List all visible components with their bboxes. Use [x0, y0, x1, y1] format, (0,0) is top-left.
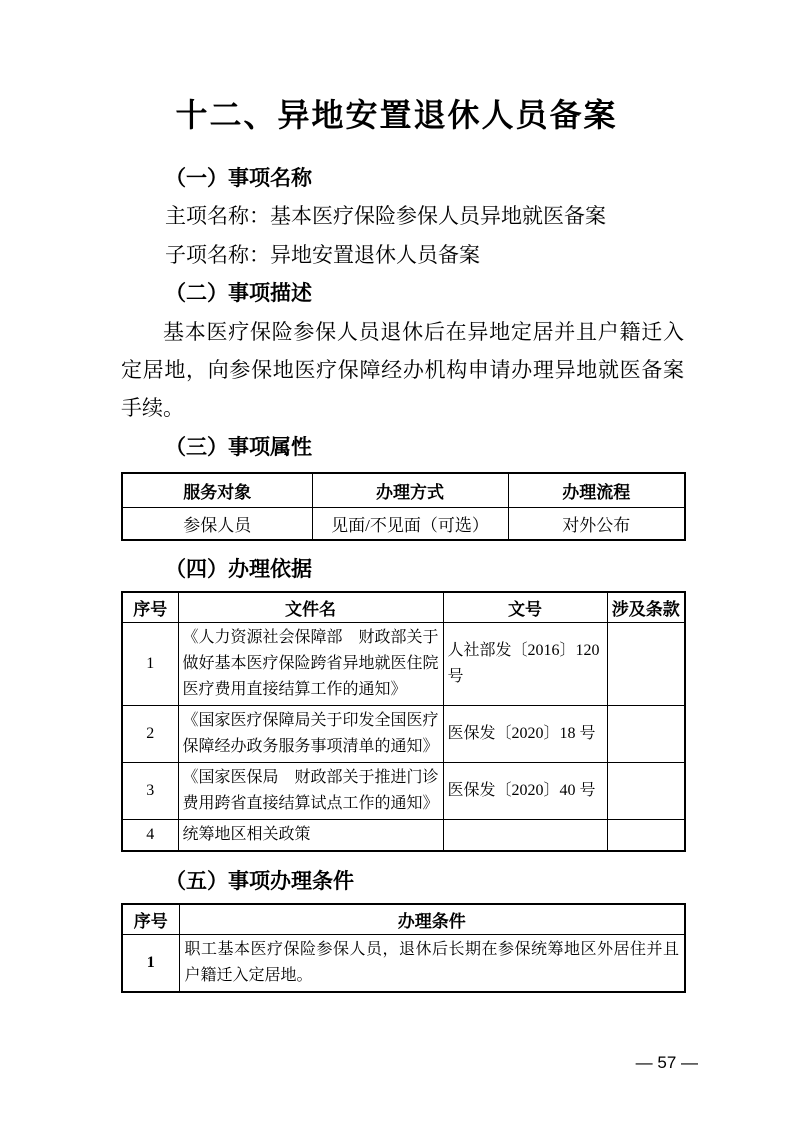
header-condition: 办理条件: [179, 904, 685, 935]
cell-document-name: 统筹地区相关政策: [178, 820, 443, 852]
legal-basis-table: 序号 文件名 文号 涉及条款 1 《人力资源社会保障部 财政部关于做好基本医疗保…: [121, 591, 686, 853]
table-header-row: 序号 文件名 文号 涉及条款: [122, 592, 685, 623]
cell-related-clauses: [607, 820, 685, 852]
main-item-name-line: 主项名称：基本医疗保险参保人员异地就医备案: [121, 197, 684, 235]
item-description-paragraph: 基本医疗保险参保人员退休后在异地定居并且户籍迁入定居地，向参保地医疗保障经办机构…: [121, 313, 684, 428]
section-heading-item-name: （一）事项名称: [121, 159, 684, 197]
table-row: 3 《国家医保局 财政部关于推进门诊费用跨省直接结算试点工作的通知》 医保发〔2…: [122, 763, 685, 820]
cell-document-number: 医保发〔2020〕18 号: [443, 706, 607, 763]
cell-index: 3: [122, 763, 178, 820]
table-row: 2 《国家医疗保障局关于印发全国医疗保障经办政务服务事项清单的通知》 医保发〔2…: [122, 706, 685, 763]
section-heading-item-attributes: （三）事项属性: [121, 428, 684, 466]
cell-service-target: 参保人员: [122, 507, 312, 540]
cell-handle-method: 见面/不见面（可选）: [312, 507, 508, 540]
cell-document-number: 人社部发〔2016〕120号: [443, 623, 607, 706]
header-handle-method: 办理方式: [312, 473, 508, 507]
header-service-target: 服务对象: [122, 473, 312, 507]
cell-index: 2: [122, 706, 178, 763]
table-row: 参保人员 见面/不见面（可选） 对外公布: [122, 507, 685, 540]
section-heading-conditions: （五）事项办理条件: [121, 862, 684, 900]
cell-condition: 职工基本医疗保险参保人员，退休后长期在参保统筹地区外居住并且户籍迁入定居地。: [179, 935, 685, 993]
attributes-table: 服务对象 办理方式 办理流程 参保人员 见面/不见面（可选） 对外公布: [121, 472, 686, 541]
cell-document-number: 医保发〔2020〕40 号: [443, 763, 607, 820]
section-heading-legal-basis: （四）办理依据: [121, 550, 684, 588]
table-row: 4 统筹地区相关政策: [122, 820, 685, 852]
cell-document-number: [443, 820, 607, 852]
cell-document-name: 《国家医保局 财政部关于推进门诊费用跨省直接结算试点工作的通知》: [178, 763, 443, 820]
page-title: 十二、异地安置退休人员备案: [0, 0, 793, 135]
table-header-row: 序号 办理条件: [122, 904, 685, 935]
header-related-clauses: 涉及条款: [607, 592, 685, 623]
page-number: — 57 —: [0, 1053, 793, 1073]
header-document-number: 文号: [443, 592, 607, 623]
table-row: 1 职工基本医疗保险参保人员，退休后长期在参保统筹地区外居住并且户籍迁入定居地。: [122, 935, 685, 993]
header-index: 序号: [122, 592, 178, 623]
table-header-row: 服务对象 办理方式 办理流程: [122, 473, 685, 507]
cell-related-clauses: [607, 763, 685, 820]
table-row: 1 《人力资源社会保障部 财政部关于做好基本医疗保险跨省异地就医住院医疗费用直接…: [122, 623, 685, 706]
document-page: 十二、异地安置退休人员备案 （一）事项名称 主项名称：基本医疗保险参保人员异地就…: [0, 0, 793, 1122]
cell-document-name: 《人力资源社会保障部 财政部关于做好基本医疗保险跨省异地就医住院医疗费用直接结算…: [178, 623, 443, 706]
header-index: 序号: [122, 904, 179, 935]
section-heading-item-description: （二）事项描述: [121, 274, 684, 312]
document-body: （一）事项名称 主项名称：基本医疗保险参保人员异地就医备案 子项名称：异地安置退…: [121, 159, 684, 993]
cell-handle-process: 对外公布: [508, 507, 685, 540]
sub-item-name-line: 子项名称：异地安置退休人员备案: [121, 236, 684, 274]
cell-related-clauses: [607, 623, 685, 706]
cell-related-clauses: [607, 706, 685, 763]
conditions-table: 序号 办理条件 1 职工基本医疗保险参保人员，退休后长期在参保统筹地区外居住并且…: [121, 903, 686, 994]
cell-index: 1: [122, 935, 179, 993]
header-handle-process: 办理流程: [508, 473, 685, 507]
header-document-name: 文件名: [178, 592, 443, 623]
cell-document-name: 《国家医疗保障局关于印发全国医疗保障经办政务服务事项清单的通知》: [178, 706, 443, 763]
cell-index: 4: [122, 820, 178, 852]
cell-index: 1: [122, 623, 178, 706]
